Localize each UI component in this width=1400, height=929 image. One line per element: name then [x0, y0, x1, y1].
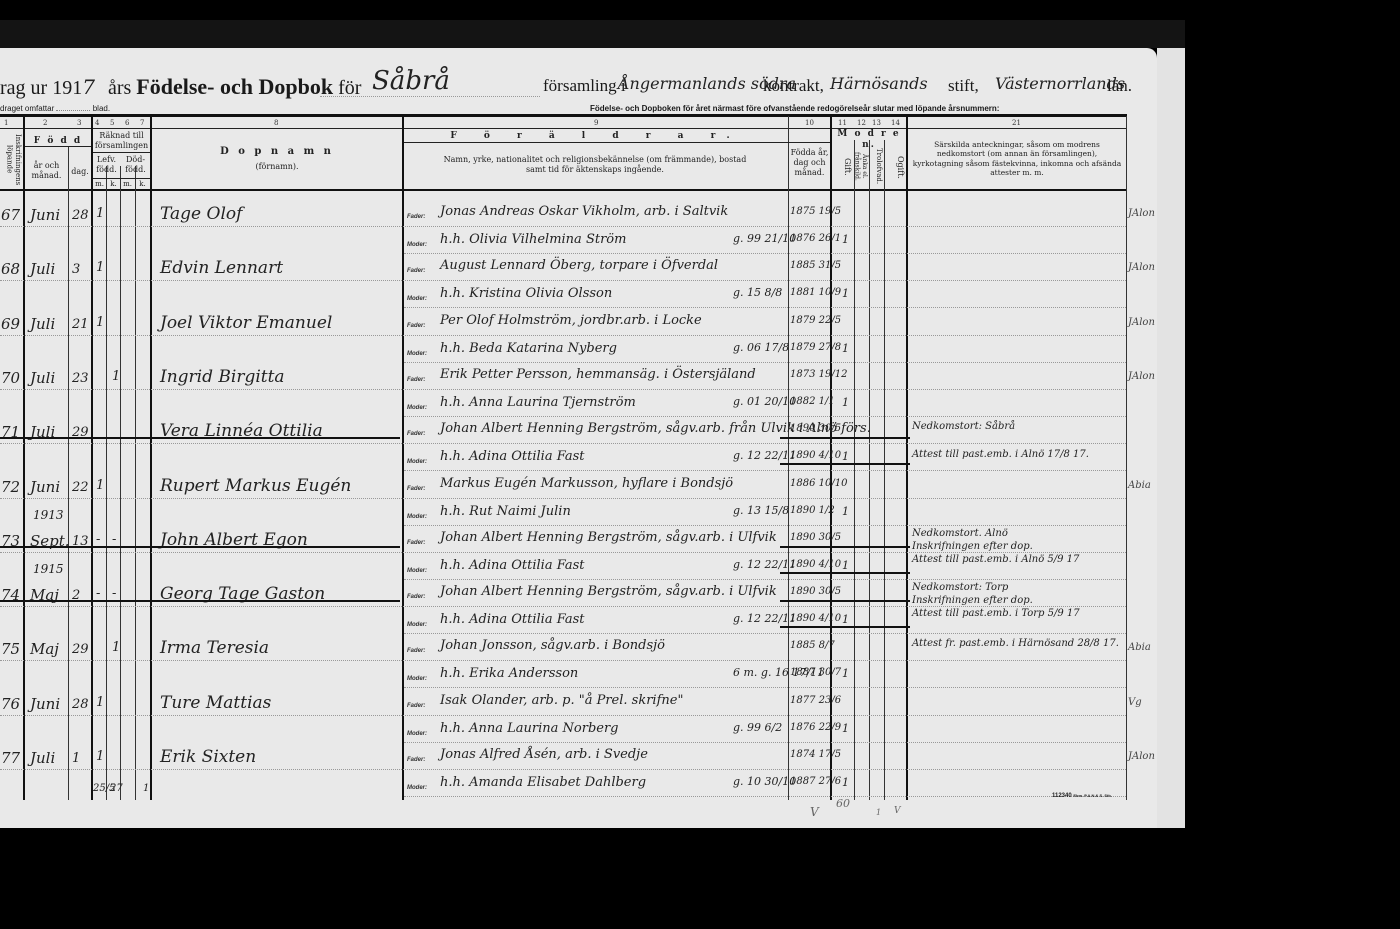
parish-name: Såbrå — [372, 66, 450, 96]
entry-marriage-date: g. 12 22/11 — [733, 612, 796, 625]
print-house: Ebm. P.A.N.& S. Sth. — [1073, 793, 1112, 798]
col-header-gift: Gift. — [834, 148, 852, 186]
stift-value: Härnösands — [830, 74, 928, 93]
row-guide-upper — [0, 769, 1126, 770]
row-guide-lower — [404, 525, 1126, 526]
moder-label: Moder: — [407, 242, 427, 248]
entry-birth-month: Juli — [30, 749, 55, 767]
row-guide-upper — [0, 552, 1126, 553]
fader-label: Fader: — [407, 214, 425, 220]
colnum-21: 21 — [1012, 119, 1021, 127]
col-header-k2: k. — [136, 180, 149, 189]
row-guide-lower — [404, 470, 1126, 471]
entry-mother: h.h. Anna Laurina Norberg — [440, 721, 619, 736]
moder-label: Moder: — [407, 351, 427, 357]
entry-lefv-m: 1 — [96, 695, 104, 710]
entry-birth-month: Juni — [30, 206, 60, 224]
row-guide-lower — [404, 742, 1126, 743]
entry-number: 68 — [1, 260, 20, 278]
entry-gift: 1 — [842, 342, 849, 355]
entry-birth-month: Juli — [30, 260, 55, 278]
lan-value: Västernorrlands — [995, 74, 1125, 93]
entry-gift: 1 — [842, 667, 849, 680]
colnum-13: 13 — [872, 119, 881, 127]
entry-gift: 1 — [842, 233, 849, 246]
col-header-manad: år och månad. — [25, 161, 68, 181]
entry-gift: 1 — [842, 505, 849, 518]
entry-father: Per Olof Holmström, jordbr.arb. i Locke — [440, 313, 702, 328]
entry-lefv-m: 1 — [96, 478, 104, 493]
entry-father-born: 1890 30/5 — [790, 586, 841, 597]
col-header-anka: Änka el. frånskild. — [856, 145, 868, 187]
colnum-5: 5 — [110, 119, 114, 127]
entry-birth-day: 1 — [72, 751, 80, 766]
col-header-inskrifning: Inskrifningens löpande — [2, 134, 22, 184]
colnum-2: 2 — [43, 119, 47, 127]
page-edge — [1157, 48, 1185, 828]
entry-mother-born: 1882 1/1 — [790, 396, 835, 407]
total-dod-k: 1 — [143, 783, 149, 794]
entry-birth-month: Maj — [30, 640, 59, 658]
colnum-6: 6 — [125, 119, 129, 127]
entry-birth-month: Juni — [30, 478, 60, 496]
colnum-9: 9 — [594, 119, 598, 127]
entry-margin-mark: JAlon — [1128, 751, 1155, 762]
moder-label: Moder: — [407, 514, 427, 520]
entry-birth-day: 22 — [72, 480, 89, 495]
row-guide-lower — [404, 253, 1126, 254]
entry-lefv-m: 1 — [96, 206, 104, 221]
row-guide-upper — [0, 280, 1126, 281]
entry-gift: 1 — [842, 559, 849, 572]
entry-child-name: Irma Teresia — [160, 638, 269, 658]
entry-note: Nedkomstort: Torp — [912, 582, 1008, 593]
entry-margin-mark: Vg — [1128, 697, 1142, 708]
entry-mother: h.h. Anna Laurina Tjernström — [440, 395, 636, 410]
entry-margin-mark: JAlon — [1128, 317, 1155, 328]
entry-father: Jonas Andreas Oskar Vikholm, arb. i Salt… — [440, 204, 728, 219]
moder-label: Moder: — [407, 459, 427, 465]
col-header-fornamn: (förnamn). — [152, 162, 402, 172]
row-guide-lower — [404, 633, 1126, 634]
book-title: Födelse- och Dopbok — [136, 74, 333, 99]
entry-mother: h.h. Amanda Elisabet Dahlberg — [440, 775, 646, 790]
entry-birth-month: Juli — [30, 315, 55, 333]
entry-marriage-date: g. 12 22/11 — [733, 449, 796, 462]
row-guide-upper — [0, 443, 1126, 444]
col-header-foraldrar: F ö r ä l d r a r. — [404, 131, 788, 142]
entry-gift: 1 — [842, 776, 849, 789]
colnum-11: 11 — [838, 119, 847, 127]
entry-mother-born: 1887 30/7 — [790, 667, 841, 678]
tick-mark-3: V — [894, 806, 901, 816]
strike-through-line — [780, 546, 910, 548]
entry-margin-mark: Abia — [1128, 480, 1151, 491]
entry-number: 70 — [1, 369, 20, 387]
entry-mother-born: 1887 27/6 — [790, 776, 841, 787]
col-header-dag: dag. — [69, 167, 91, 177]
strike-through-line — [0, 600, 400, 602]
entry-birth-month: Juni — [30, 695, 60, 713]
strike-through-line — [780, 600, 910, 602]
entry-marriage-date: g. 99 6/2 — [733, 721, 782, 734]
entry-father-born: 1875 19/5 — [790, 206, 841, 217]
fader-label: Fader: — [407, 757, 425, 763]
entry-mother-born: 1890 4/10 — [790, 613, 841, 624]
entry-father: Erik Petter Persson, hemmansäg. i Östers… — [440, 367, 756, 382]
entry-mother-born: 1879 27/8 — [790, 342, 841, 353]
moder-label: Moder: — [407, 296, 427, 302]
moder-label: Moder: — [407, 405, 427, 411]
row-guide-lower — [404, 687, 1126, 688]
entry-note: Attest till past.emb. i Alnö 17/8 17. — [912, 449, 1089, 460]
ars-label: års — [108, 77, 131, 99]
entry-margin-mark: Abia — [1128, 642, 1151, 653]
strike-through-line — [780, 572, 910, 574]
strike-through-line — [780, 437, 910, 439]
fader-label: Fader: — [407, 703, 425, 709]
entry-child-name: Rupert Markus Eugén — [160, 476, 351, 496]
row-guide-lower — [404, 416, 1126, 417]
fader-label: Fader: — [407, 540, 425, 546]
strike-through-line — [0, 546, 400, 548]
entry-father-born: 1885 8/7 — [790, 640, 835, 651]
fader-label: Fader: — [407, 486, 425, 492]
col-header-foraldrar-desc: Namn, yrke, nationalitet och religionsbe… — [440, 155, 750, 175]
entry-father: Johan Albert Henning Bergström, sågv.arb… — [440, 584, 777, 599]
entry-father: Johan Albert Henning Bergström, sågv.arb… — [440, 530, 777, 545]
entry-number: 72 — [1, 478, 20, 496]
entry-father: Johan Jonsson, sågv.arb. i Bondsjö — [440, 638, 665, 653]
row-guide-lower — [404, 796, 1126, 797]
entry-gift: 1 — [842, 613, 849, 626]
colnum-7: 7 — [140, 119, 144, 127]
entry-gift: 1 — [842, 396, 849, 409]
entry-child-name: Ingrid Birgitta — [160, 367, 285, 387]
print-code-number: 112340 — [1052, 793, 1072, 799]
col-header-trolofvad: Trolofvad. — [870, 145, 883, 187]
entry-father: Jonas Alfred Åsén, arb. i Svedje — [440, 747, 648, 762]
entry-mother-born: 1890 4/10 — [790, 450, 841, 461]
entry-mother: h.h. Adina Ottilia Fast — [440, 612, 585, 627]
entry-marriage-date: g. 15 8/8 — [733, 286, 782, 299]
moder-label: Moder: — [407, 622, 427, 628]
sub-left: draget omfattar blad. — [0, 104, 110, 113]
entry-lefv-k: - — [112, 586, 116, 601]
entry-child-name: Ture Mattias — [160, 693, 271, 713]
moder-label: Moder: — [407, 785, 427, 791]
colnum-4: 4 — [95, 119, 99, 127]
row-guide-upper — [0, 226, 1126, 227]
entry-father: August Lennard Öberg, torpare i Öfverdal — [440, 258, 718, 273]
title-prefix: rag ur 1917 års Födelse- och Dopbok för — [0, 74, 361, 100]
entry-birth-year: 1913 — [33, 508, 64, 522]
entry-child-name: Erik Sixten — [160, 747, 256, 767]
entry-father-born: 1886 10/10 — [790, 478, 847, 489]
moder-label: Moder: — [407, 568, 427, 574]
moder-label: Moder: — [407, 731, 427, 737]
entry-father-born: 1874 17/5 — [790, 749, 841, 760]
entry-gift: 1 — [842, 287, 849, 300]
entry-lefv-m: 1 — [96, 749, 104, 764]
col-header-lefv: Lefv. född. — [93, 155, 120, 175]
total-lefv-k: 27 — [110, 783, 123, 794]
entry-note: Inskrifningen efter dop. — [912, 541, 1033, 552]
entry-child-name: Tage Olof — [160, 204, 242, 224]
fader-label: Fader: — [407, 323, 425, 329]
entry-note: Inskrifningen efter dop. — [912, 595, 1033, 606]
entry-number: 77 — [1, 749, 20, 767]
entry-birth-day: 23 — [72, 371, 89, 386]
row-guide-upper — [0, 715, 1126, 716]
entry-birth-day: 21 — [72, 317, 89, 332]
row-guide-upper — [0, 606, 1126, 607]
fader-label: Fader: — [407, 268, 425, 274]
entry-marriage-date: g. 10 30/10 — [733, 775, 796, 788]
entry-mother: h.h. Erika Andersson — [440, 666, 578, 681]
col-header-dod: Död- född. — [121, 155, 150, 175]
strike-through-line — [780, 626, 910, 628]
entry-father: Isak Olander, arb. p. "å Prel. skrifne" — [440, 693, 683, 708]
entry-child-name: Joel Viktor Emanuel — [160, 313, 332, 333]
entry-father-born: 1879 22/5 — [790, 315, 841, 326]
entry-father-born: 1890 30/5 — [790, 423, 841, 434]
entry-father: Markus Eugén Markusson, hyflare i Bondsj… — [440, 476, 733, 491]
col-header-m1: m. — [93, 180, 106, 189]
title-prefix-text: rag ur 191 — [0, 77, 82, 99]
entry-mother-born: 1881 10/9 — [790, 287, 841, 298]
col-header-ogift: Ogift. — [887, 148, 905, 186]
row-guide-upper — [0, 498, 1126, 499]
year-digit: 7 — [82, 75, 95, 99]
entry-mother: h.h. Kristina Olivia Olsson — [440, 286, 612, 301]
tick-mark-2: 1 — [876, 808, 881, 817]
fader-label: Fader: — [407, 648, 425, 654]
lan-label: län. — [1107, 76, 1132, 96]
entry-birth-month: Juli — [30, 369, 55, 387]
col-header-raknad: Räknad till församlingen — [93, 131, 150, 151]
entry-note: Nedkomstort. Alnö — [912, 528, 1008, 539]
colnum-3: 3 — [77, 119, 81, 127]
entry-note: Attest till past.emb. i Torp 5/9 17 — [912, 608, 1080, 619]
sub-right: Födelse- och Dopboken för året närmast f… — [590, 104, 999, 113]
entry-mother-born: 1876 22/9 — [790, 722, 841, 733]
entry-father-born: 1890 30/5 — [790, 532, 841, 543]
entry-number: 69 — [1, 315, 20, 333]
header-bottom-border — [0, 189, 1127, 191]
strike-through-line — [0, 437, 400, 439]
col-header-m2: m. — [121, 180, 134, 189]
colnum-8: 8 — [274, 119, 278, 127]
entry-marriage-date: g. 06 17/8 — [733, 341, 789, 354]
entry-birth-year: 1915 — [33, 562, 64, 576]
colnum-10: 10 — [805, 119, 814, 127]
colnum-12: 12 — [857, 119, 866, 127]
entry-margin-mark: JAlon — [1128, 371, 1155, 382]
col-header-fodda: Födda år, dag och månad. — [789, 148, 830, 178]
entry-mother: h.h. Rut Naimi Julin — [440, 504, 571, 519]
entry-margin-mark: JAlon — [1128, 262, 1155, 273]
entry-father-born: 1885 31/5 — [790, 260, 841, 271]
forsamling-label: församling i — [543, 76, 626, 96]
col-header-k1: k. — [107, 180, 120, 189]
col-header-anteckningar: Särskilda anteckningar, såsom om modrens… — [912, 140, 1122, 178]
col-header-dopnamn: D o p n a m n — [152, 146, 402, 159]
entry-lefv-m: 1 — [96, 315, 104, 330]
entry-number: 67 — [1, 206, 20, 224]
entry-child-name: Edvin Lennart — [160, 258, 283, 278]
entry-marriage-date: g. 12 22/11 — [733, 558, 796, 571]
entry-birth-day: 29 — [72, 642, 89, 657]
fader-label: Fader: — [407, 594, 425, 600]
entry-lefv-k: 1 — [112, 640, 120, 655]
entry-birth-day: 28 — [72, 697, 89, 712]
colnum-14: 14 — [891, 119, 900, 127]
entry-mother-born: 1876 26/1 — [790, 233, 841, 244]
entry-mother-born: 1890 4/10 — [790, 559, 841, 570]
entry-mother: h.h. Beda Katarina Nyberg — [440, 341, 617, 356]
entry-marriage-date: g. 13 15/8 — [733, 504, 789, 517]
row-guide-upper — [0, 389, 1126, 390]
moder-label: Moder: — [407, 676, 427, 682]
stift-label: stift, — [948, 76, 979, 96]
scan-border — [0, 20, 1185, 48]
kontrakt-label: kontrakt, — [763, 76, 824, 96]
entry-lefv-m: - — [96, 532, 100, 547]
entry-note: Attest fr. past.emb. i Härnösand 28/8 17… — [912, 638, 1119, 649]
entry-note: Nedkomstort: Såbrå — [912, 421, 1015, 432]
entry-father-born: 1877 23/6 — [790, 695, 841, 706]
entry-birth-day: 3 — [72, 262, 80, 277]
entry-lefv-k: 1 — [112, 369, 120, 384]
entry-birth-day: 28 — [72, 208, 89, 223]
entry-number: 76 — [1, 695, 20, 713]
entry-lefv-m: - — [96, 586, 100, 601]
row-guide-lower — [404, 362, 1126, 363]
sub-blad: blad. — [93, 104, 110, 113]
entry-father-born: 1873 19/12 — [790, 369, 847, 380]
entry-lefv-m: 1 — [96, 260, 104, 275]
row-guide-upper — [0, 660, 1126, 661]
entry-gift: 1 — [842, 722, 849, 735]
entry-lefv-k: - — [112, 532, 116, 547]
row-guide-lower — [404, 307, 1126, 308]
table-top-border — [0, 114, 1127, 117]
total-gift: 60 — [836, 797, 850, 810]
sub-left-text: draget omfattar — [0, 104, 54, 113]
entry-mother: h.h. Adina Ottilia Fast — [440, 449, 585, 464]
colnum-1: 1 — [4, 119, 8, 127]
row-guide-lower — [404, 579, 1126, 580]
fader-label: Fader: — [407, 377, 425, 383]
tick-mark-1: V — [810, 805, 819, 819]
entry-number: 75 — [1, 640, 20, 658]
entry-marriage-date: g. 99 21/10 — [733, 232, 796, 245]
entry-margin-mark: JAlon — [1128, 208, 1155, 219]
row-guide-upper — [0, 335, 1126, 336]
entry-marriage-date: g. 01 20/10 — [733, 395, 796, 408]
entry-mother-born: 1890 1/2 — [790, 505, 835, 516]
entry-mother: h.h. Olivia Vilhelmina Ström — [440, 232, 626, 247]
fader-label: Fader: — [407, 431, 425, 437]
print-code: 112340 Ebm. P.A.N.& S. Sth. — [1052, 793, 1112, 799]
entry-note: Attest till past.emb. i Alnö 5/9 17 — [912, 554, 1079, 565]
strike-through-line — [780, 463, 910, 465]
entry-gift: 1 — [842, 450, 849, 463]
entry-mother: h.h. Adina Ottilia Fast — [440, 558, 585, 573]
